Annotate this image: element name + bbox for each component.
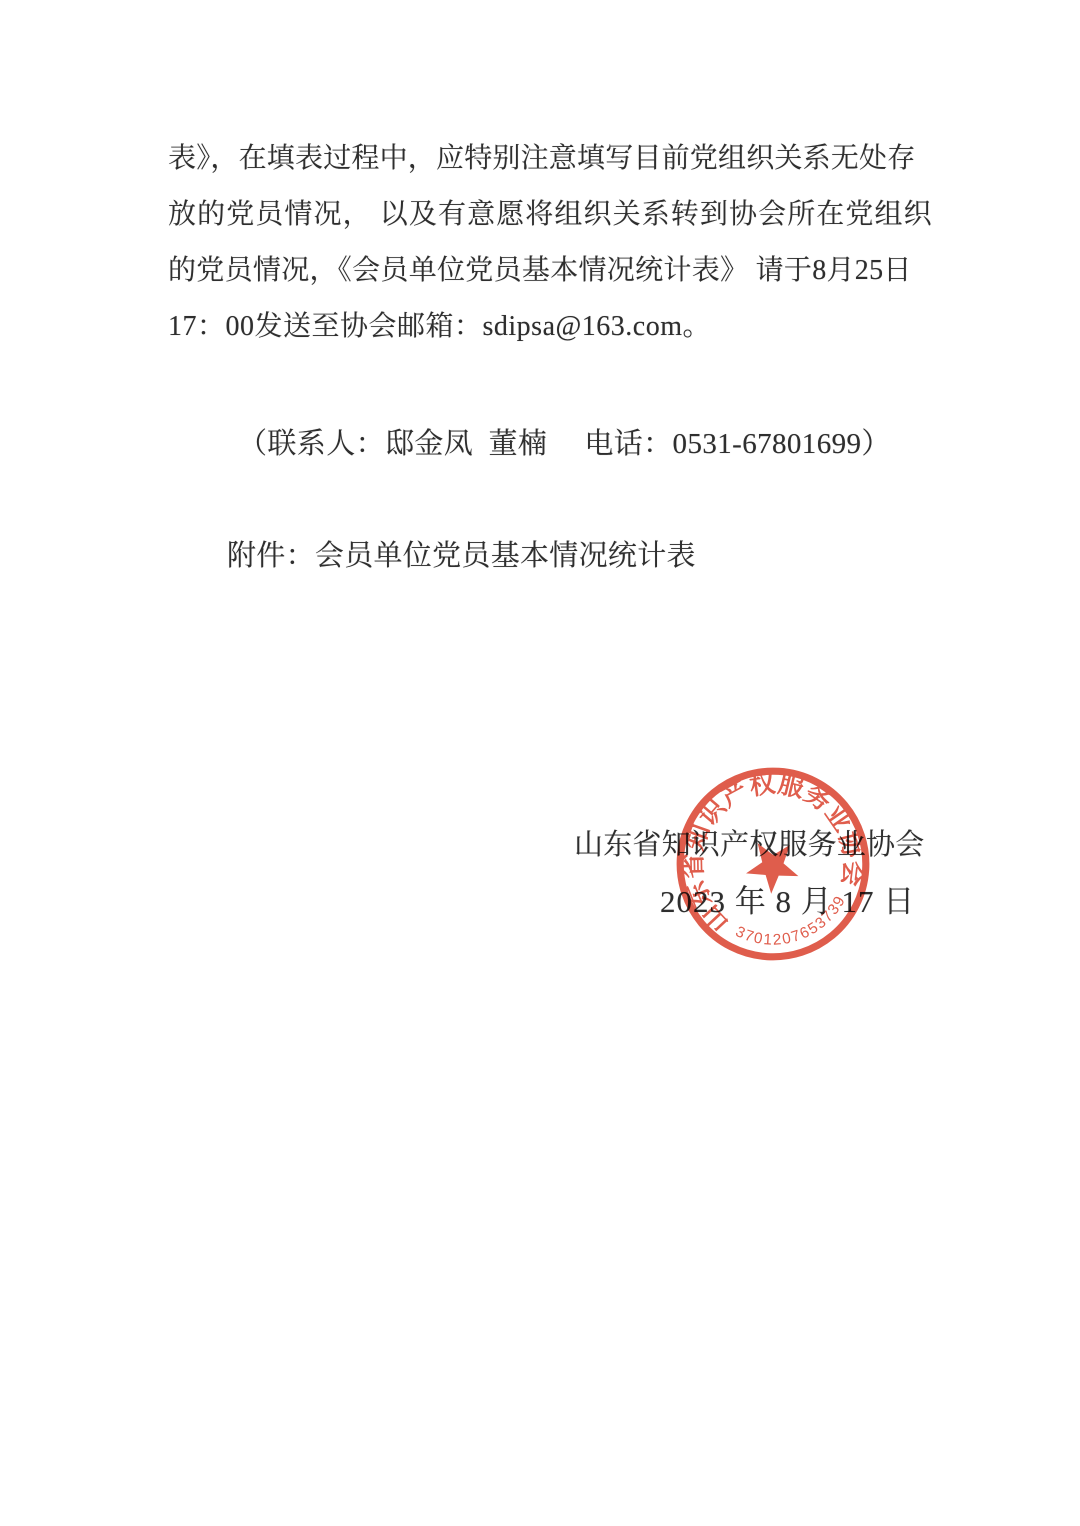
attachment-line: 附件：会员单位党员基本情况统计表 xyxy=(227,533,696,574)
document-page: 表》，在填表过程中，应特别注意填写目前党组织关系无处存 放的党员情况， 以及有意… xyxy=(0,0,1080,1526)
body-text-line-1: 表》，在填表过程中，应特别注意填写目前党组织关系无处存 xyxy=(168,142,938,176)
body-text-line-4: 17：00发送至协会邮箱：sdipsa@163.com。 xyxy=(168,310,938,344)
seal-arc-text: 山东省知识产权服务业协会 xyxy=(671,762,875,942)
star-icon xyxy=(738,834,802,899)
contact-info-line: （联系人：邸金凤 董楠 电话：0531-67801699） xyxy=(238,421,891,462)
body-text-line-3: 的党员情况，《会员单位党员基本情况统计表》 请于8月25日 xyxy=(168,254,938,288)
official-seal: 山东省知识产权服务业协会 3701207653739 xyxy=(671,762,875,966)
body-text-line-2: 放的党员情况， 以及有意愿将组织关系转到协会所在党组织 xyxy=(168,198,938,232)
svg-text:山东省知识产权服务业协会: 山东省知识产权服务业协会 xyxy=(671,762,875,942)
